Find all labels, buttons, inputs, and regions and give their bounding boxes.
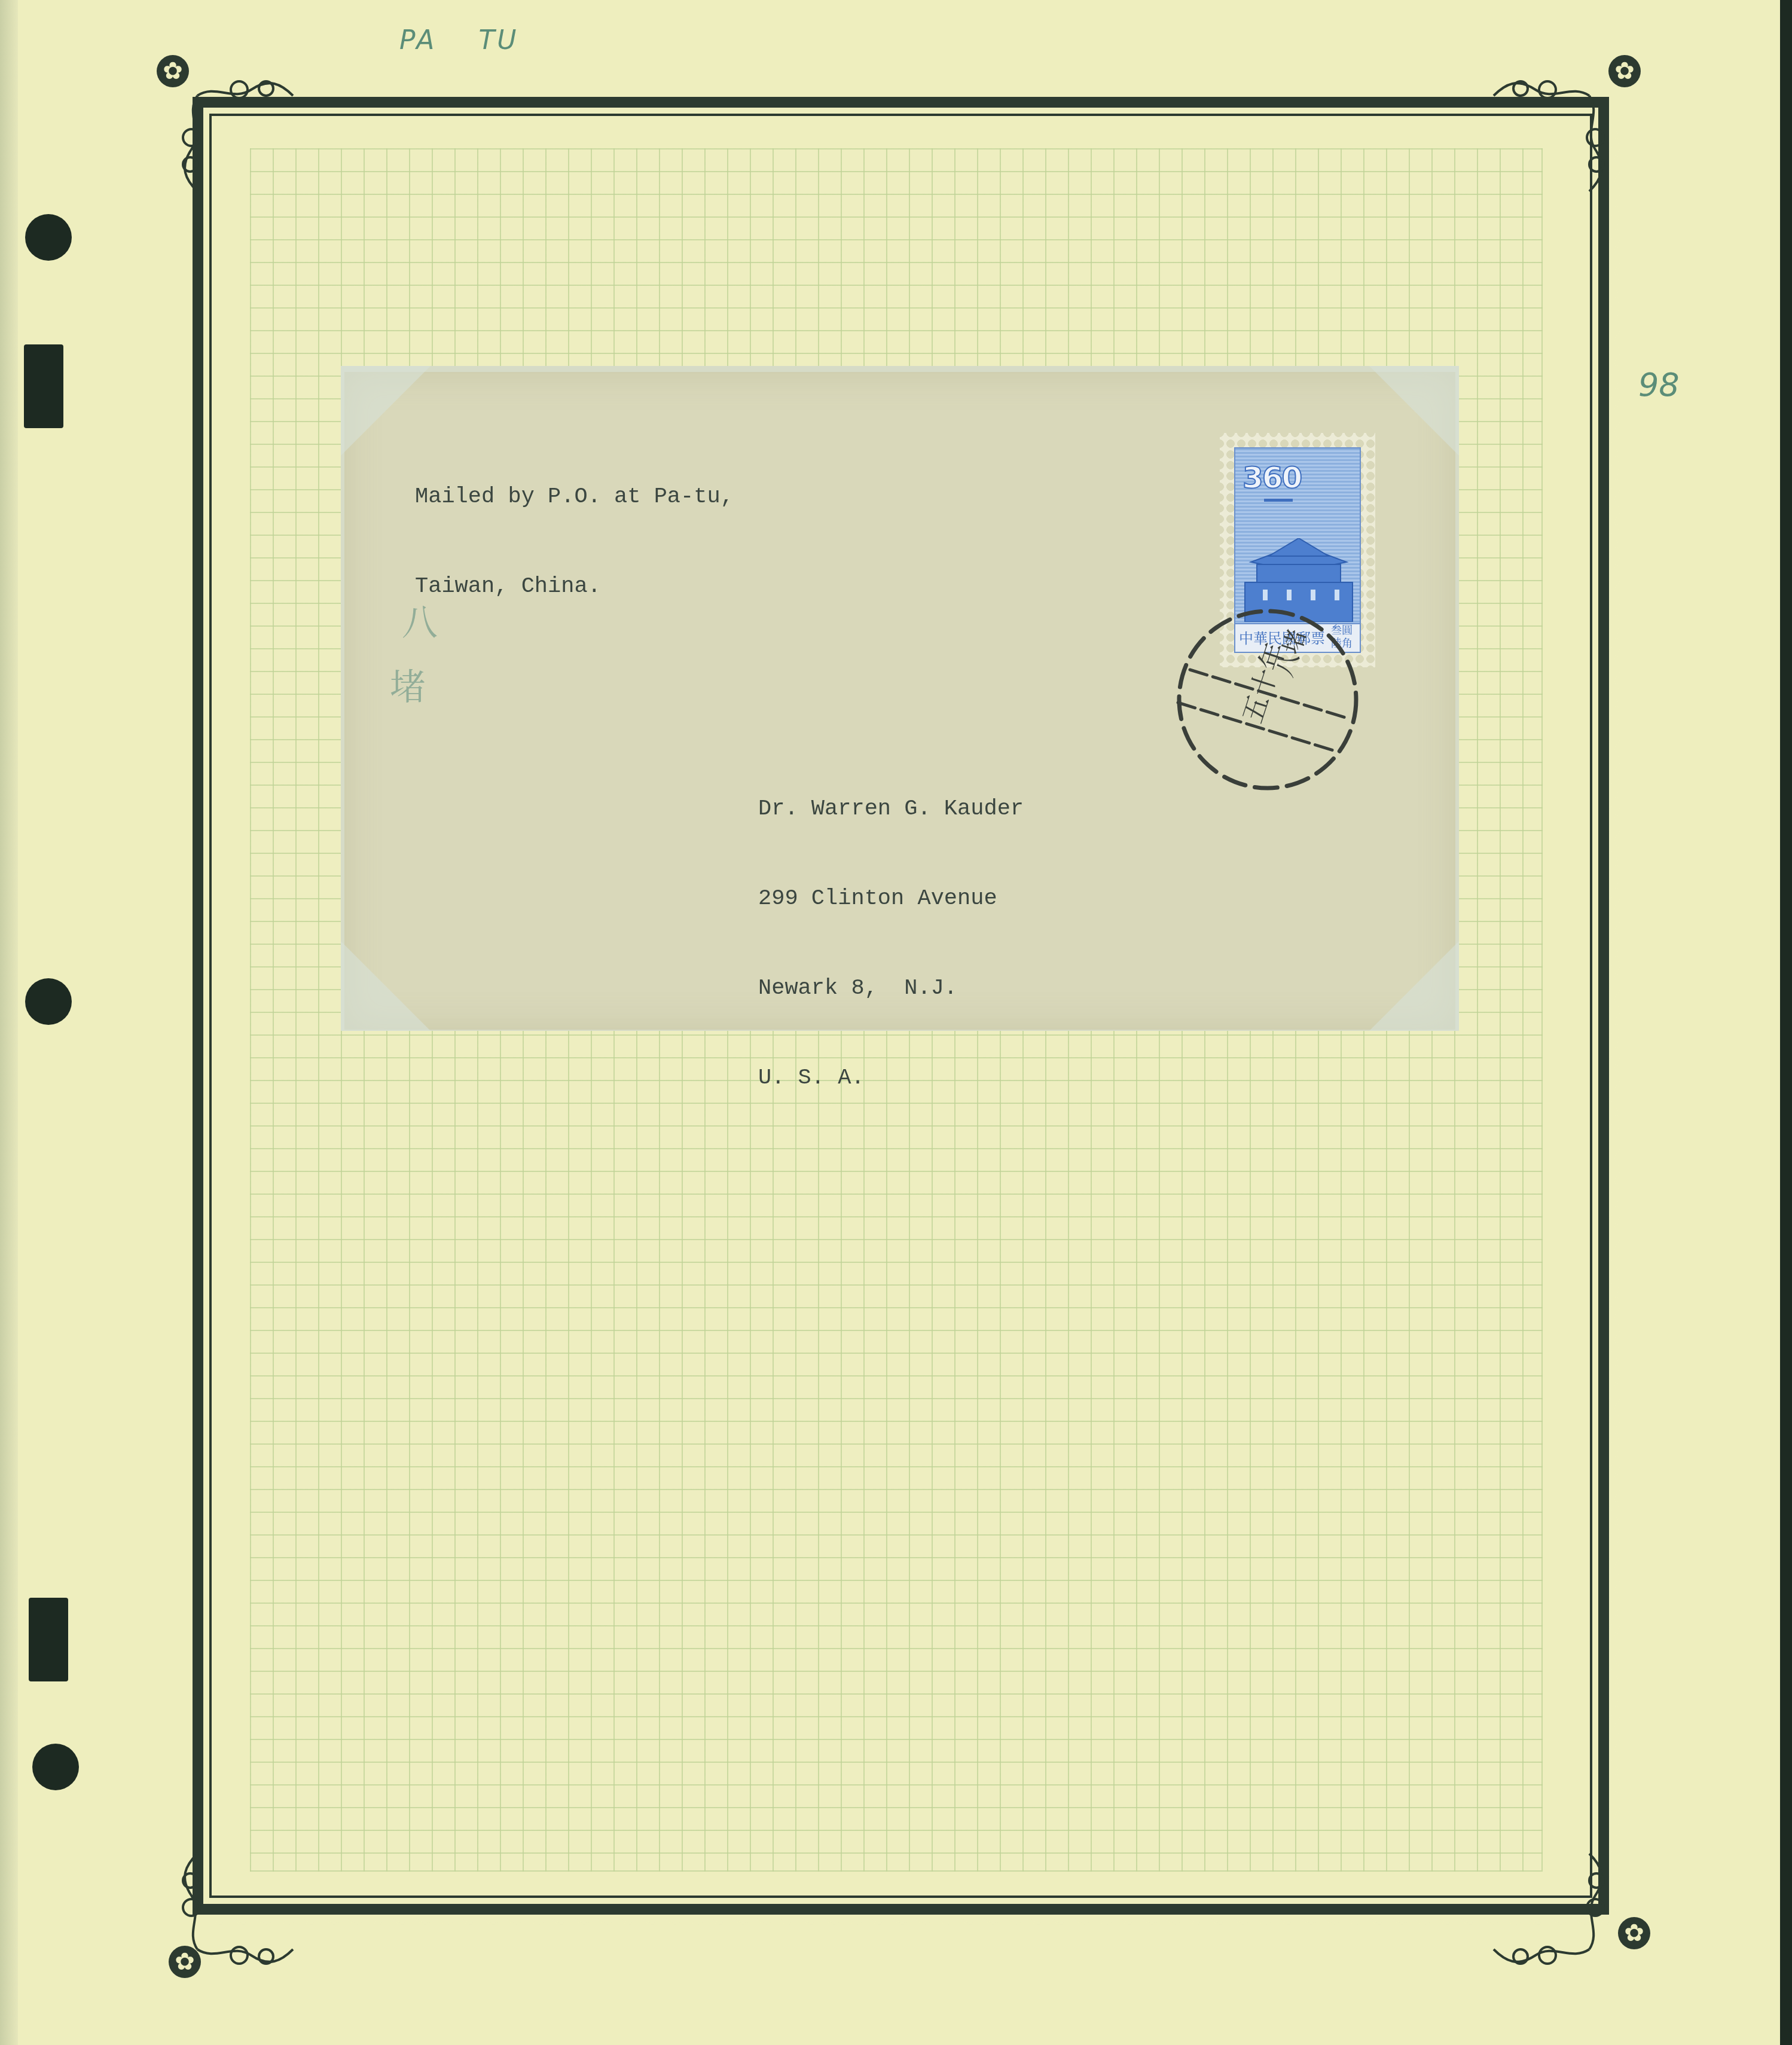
recipient-address-line: Newark 8, N.J.: [758, 973, 1024, 1003]
postmark-cancel-icon: 五十年 八堵: [1148, 598, 1387, 801]
recipient-address: Dr. Warren G. Kauder 299 Clinton Avenue …: [758, 734, 1024, 1123]
svg-text:八堵: 八堵: [1271, 627, 1312, 680]
binder-hole-round: [25, 214, 72, 261]
stamp-value: 360: [1243, 460, 1301, 495]
pencil-note-tu: TU: [478, 25, 518, 56]
scroll-ornament-icon: [1482, 1842, 1637, 1997]
recipient-address-line: 299 Clinton Avenue: [758, 884, 1024, 914]
binder-hole-round: [32, 1744, 79, 1790]
return-address-line: Taiwan, China.: [415, 572, 734, 602]
page-binding-edge: [0, 0, 18, 2045]
stamp-value-underline: [1264, 499, 1293, 502]
binder-hole-slot: [29, 1598, 68, 1681]
return-address-line: Mailed by P.O. at Pa-tu,: [415, 482, 734, 512]
recipient-address-line: U. S. A.: [758, 1063, 1024, 1093]
page-number-note: 98: [1638, 366, 1680, 404]
rosette-icon: ✿: [1618, 1917, 1650, 1949]
rosette-icon: ✿: [169, 1946, 201, 1978]
handwritten-chinese-char: 八: [402, 605, 438, 641]
scan-edge: [1780, 0, 1792, 2045]
rosette-icon: ✿: [157, 55, 189, 87]
scroll-ornament-icon: [149, 1842, 305, 1997]
binder-hole-slot: [24, 344, 63, 428]
pencil-note-pa: PA: [399, 25, 436, 56]
rosette-icon: ✿: [1608, 55, 1641, 87]
pencil-note-location: PATU: [399, 25, 519, 56]
binder-hole-round: [25, 978, 72, 1025]
recipient-address-line: Dr. Warren G. Kauder: [758, 794, 1024, 824]
handwritten-chinese-char: 堵: [390, 670, 426, 706]
return-address: Mailed by P.O. at Pa-tu, Taiwan, China.: [415, 422, 734, 631]
